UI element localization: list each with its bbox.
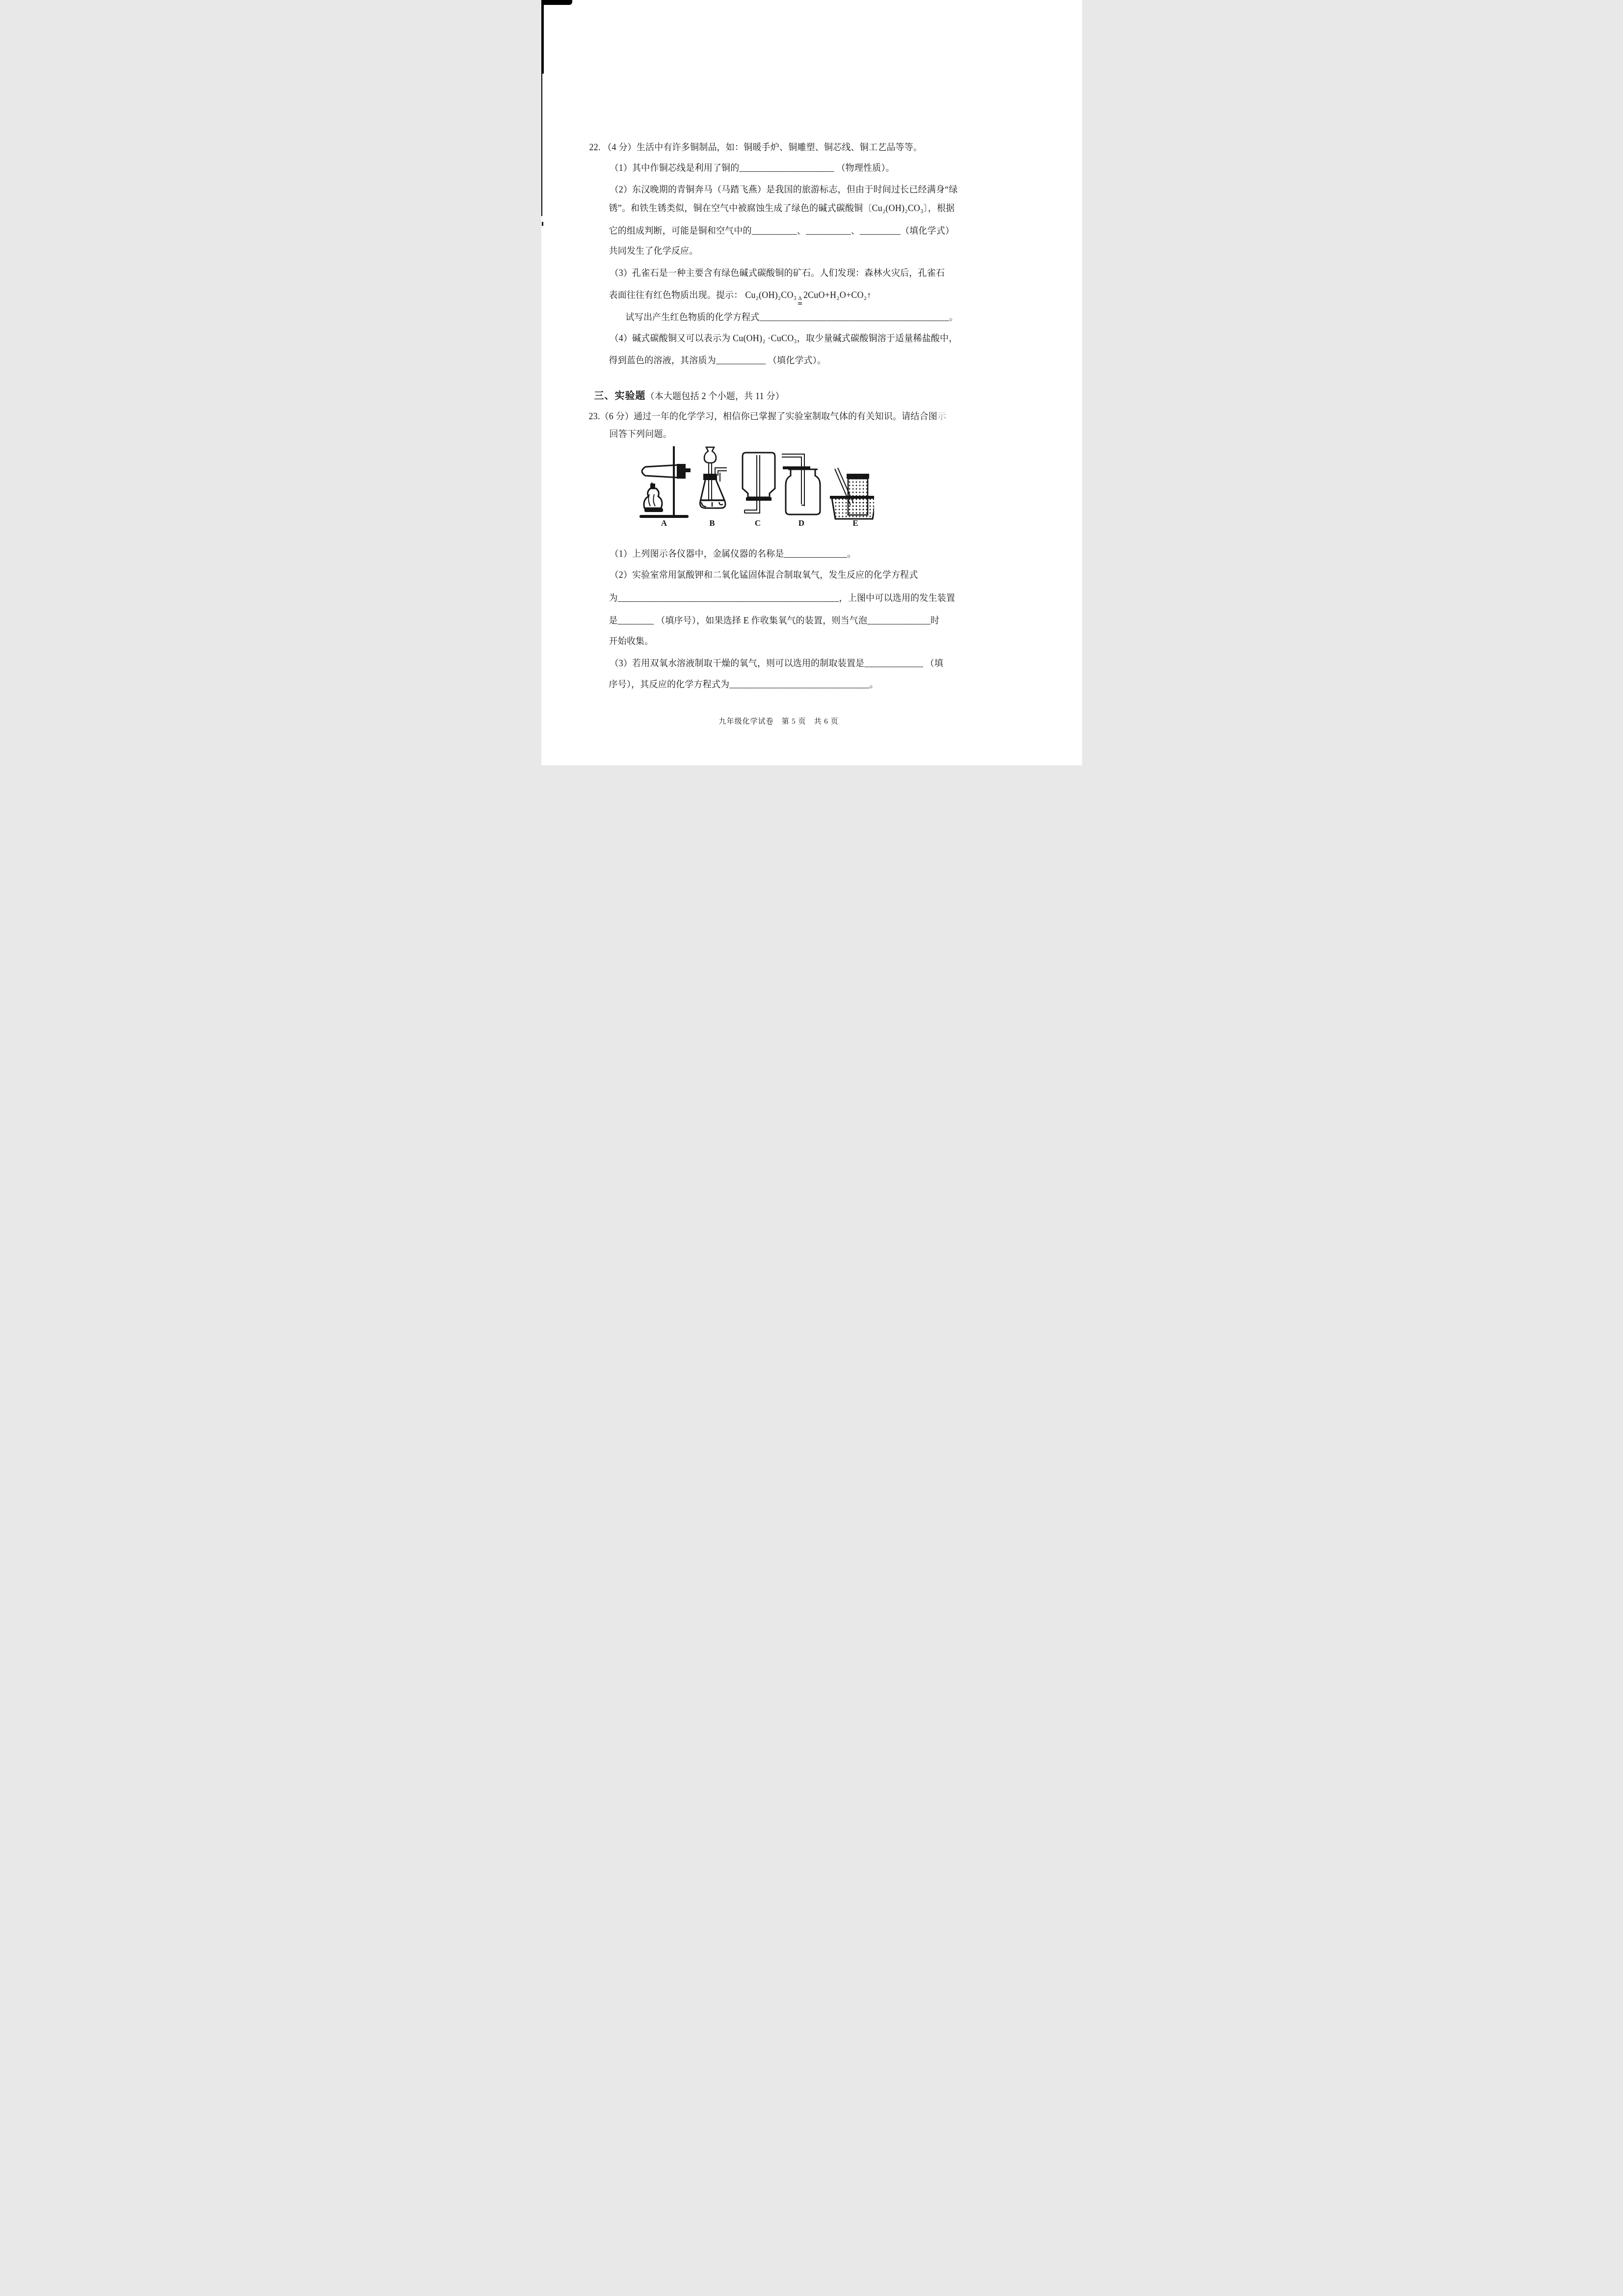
alcohol-lamp <box>644 483 663 512</box>
q23-part1: （1）上列图示各仪器中，金属仪器的名称是______________。 <box>610 548 856 560</box>
q23-part2-line3: 是________ （填序号），如果选择 E 作收集氧气的装置，则当气泡____… <box>609 615 940 626</box>
exam-page: 22. （4 分）生活中有许多铜制品，如：铜暖手炉、铜雕塑、铜芯线、铜工艺品等等… <box>541 0 1082 765</box>
thistle-funnel-bulb <box>704 447 716 463</box>
trough <box>832 498 874 519</box>
bottle-base-band <box>847 474 869 479</box>
apparatus-C-inverted-collection-bottle <box>743 453 775 513</box>
q22-part1: （1）其中作铜芯线是利用了铜的_____________________ （物理… <box>610 162 895 174</box>
label-B: B <box>709 518 715 528</box>
apparatus-diagram: A B C D E <box>629 443 874 528</box>
equation-lhs: 表面往往有红色物质出现。提示： Cu₂(OH)₂CO₃ <box>609 290 797 300</box>
apparatus-A-heating-setup <box>639 446 691 518</box>
equals-symbol: = <box>798 301 802 307</box>
q22-part2-line1: （2）东汉晚期的青铜奔马（马踏飞燕）是我国的旅游标志，但由于时间过长已经满身“绿 <box>610 184 958 195</box>
q23-part2-line2: 为_______________________________________… <box>609 592 956 604</box>
q22-part2-line4: 共同发生了化学反应。 <box>609 245 698 257</box>
page-footer: 九年级化学试卷 第 5 页 共 6 页 <box>719 716 839 726</box>
equation-rhs: 2CuO+H₂O+CO₂↑ <box>803 290 871 300</box>
q22-part3-line3: 试写出产生红色物质的化学方程式_________________________… <box>626 311 958 323</box>
q22-part2-line2: 锈”。和铁生锈类似，铜在空气中被腐蚀生成了绿色的碱式碳酸铜〔Cu₂(OH)₂CO… <box>609 202 955 214</box>
q22-part4-line1: （4）碱式碳酸铜又可以表示为 Cu(OH)₂ ·CuCO₃，取少量碱式碳酸铜溶于… <box>610 332 958 344</box>
jar-body <box>786 469 820 514</box>
q23-part2-line1: （2）实验室常用氯酸钾和二氧化锰固体混合制取氧气，发生反应的化学方程式 <box>610 569 918 581</box>
q22-part3-line1: （3）孔雀石是一种主要含有绿色碱式碳酸铜的矿石。人们发现：森林火灾后，孔雀石 <box>610 267 945 279</box>
conical-flask <box>700 480 725 508</box>
scan-artifact-top-bar <box>541 0 572 5</box>
section3-note: （本大题包括 2 个小题，共 11 分） <box>646 391 784 401</box>
q23-part3-line2: 序号），其反应的化学方程式为__________________________… <box>609 678 878 690</box>
apparatus-E-water-trough <box>830 468 874 519</box>
delta-over-equals: Δ= <box>798 297 802 307</box>
section3-header: 三、实验题（本大题包括 2 个小题，共 11 分） <box>594 390 784 402</box>
inner-tube <box>745 455 757 510</box>
q23-stem-line1: 23.（6 分）通过一年的化学学习，相信你已掌握了实验室制取气体的有关知识。请结… <box>589 410 947 422</box>
section3-title: 三、实验题 <box>594 391 646 402</box>
q23-part2-line4: 开始收集。 <box>609 635 654 647</box>
tube-clamp <box>677 464 686 479</box>
label-C: C <box>754 518 760 528</box>
stand-rod <box>673 446 675 515</box>
q22-part4-line2: 得到蓝色的溶液，其溶质为___________ （填化学式）。 <box>609 354 826 366</box>
flask-liquid <box>701 502 723 507</box>
scan-artifact-left-strip <box>541 0 544 74</box>
label-A: A <box>661 518 667 528</box>
clamp-nub <box>685 468 691 472</box>
label-D: D <box>798 518 804 528</box>
q23-part3-line1: （3）若用双氧水溶液制取干燥的氧气，则可以选用的制取装置是___________… <box>610 657 944 669</box>
q22-part2-line3: 它的组成判断，可能是铜和空气中的__________、__________、__… <box>609 225 955 237</box>
apparatus-D-gas-jar <box>782 454 820 514</box>
scan-artifact-speck <box>542 222 543 226</box>
stand-base <box>639 515 689 518</box>
q23-stem-line2: 回答下列问题。 <box>610 428 672 440</box>
bottle-body <box>743 453 775 497</box>
q23-stem-text: 23.（6 分）通过一年的化学学习，相信你已掌握了实验室制取气体的有关知识。请结… <box>589 411 937 421</box>
q22-stem: 22. （4 分）生活中有许多铜制品，如：铜暖手炉、铜雕塑、铜芯线、铜工艺品等等… <box>589 141 923 153</box>
q22-part3-hint-equation: 表面往往有红色物质出现。提示： Cu₂(OH)₂CO₃Δ=2CuO+H₂O+CO… <box>609 289 872 307</box>
apparatus-B-flask-setup <box>700 447 727 508</box>
rubber-stopper <box>703 474 717 480</box>
q23-stem-faint-char: 示 <box>937 411 946 421</box>
bottle-stopper <box>746 497 772 501</box>
scan-artifact-left-thin <box>541 74 542 216</box>
label-E: E <box>852 518 858 528</box>
